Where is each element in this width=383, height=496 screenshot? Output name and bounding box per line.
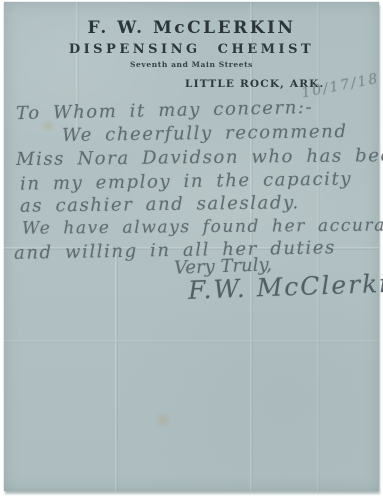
letter-body-line: We cheerfully recommend: [62, 121, 348, 146]
letter-salutation: To Whom it may concern:-: [16, 97, 314, 124]
letter-body-line: as cashier and saleslady.: [20, 192, 300, 216]
letter-body-line: in my employ in the capacity: [20, 168, 352, 194]
letterhead: F. W. McCLERKIN DISPENSING CHEMIST Seven…: [4, 18, 379, 69]
letterhead-address: Seventh and Main Streets: [4, 60, 379, 69]
fold-crease-vertical: [115, 247, 118, 491]
letter-body-line: Miss Nora Davidson who has been: [16, 145, 383, 170]
paper-stain: [152, 412, 174, 428]
fold-crease-horizontal: [4, 340, 379, 343]
scanned-letter-image: F. W. McCLERKIN DISPENSING CHEMIST Seven…: [0, 0, 383, 496]
letter-body-line: We have always found her accurate: [22, 215, 383, 238]
letterhead-title: DISPENSING CHEMIST: [4, 42, 379, 57]
letterhead-name: F. W. McCLERKIN: [4, 18, 379, 38]
letter-paper: F. W. McCLERKIN DISPENSING CHEMIST Seven…: [4, 2, 379, 491]
